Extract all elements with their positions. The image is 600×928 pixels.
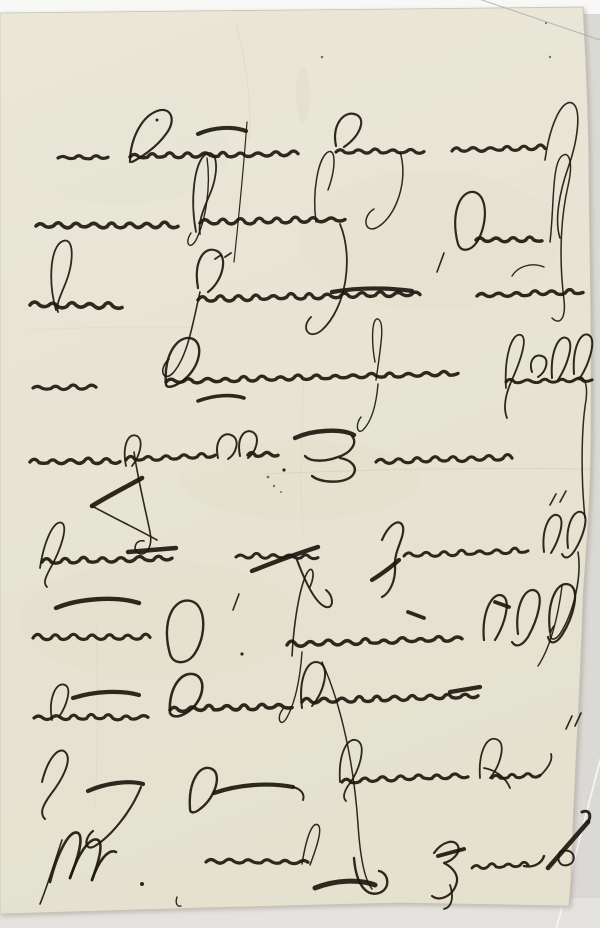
ink-speck [273, 485, 275, 487]
paper-stain [180, 440, 420, 520]
ink-speck [280, 491, 282, 493]
paper-stain [20, 560, 300, 680]
ink-speck [321, 56, 324, 59]
ink-dot [156, 119, 159, 122]
ink-speck [267, 476, 270, 479]
ink-dot [140, 882, 144, 886]
ink-dot [282, 468, 285, 471]
paper-stain [296, 67, 310, 123]
ink-dot [240, 652, 243, 655]
ink-speck [549, 56, 551, 58]
paper-stain [10, 95, 230, 205]
scanned-letter-page: Scanned page of a handwritten letter: te… [0, 0, 600, 928]
ink-stroke [58, 156, 108, 159]
manuscript-scan [0, 0, 600, 928]
